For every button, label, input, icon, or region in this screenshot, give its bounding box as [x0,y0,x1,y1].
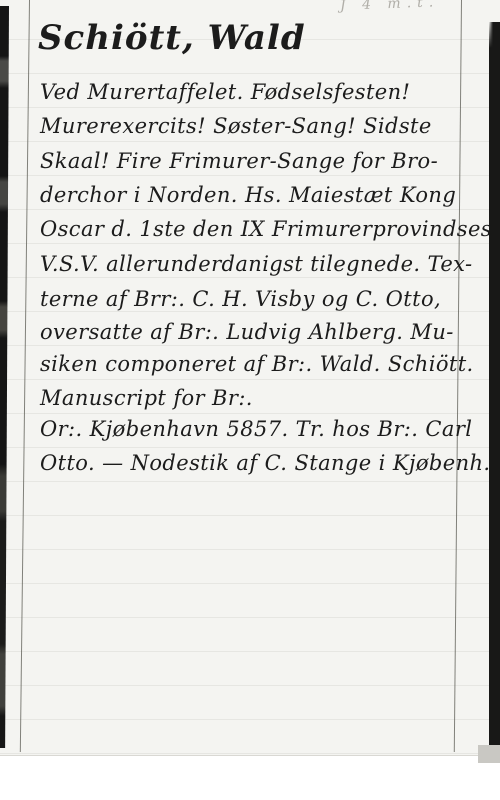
manuscript-line: Or:. Kjøbenhavn 5857. Tr. hos Br:. Carl [40,417,472,441]
manuscript-line: Ved Murertaffelet. Fødselsfesten! [40,80,410,104]
card-heading: Schiött, Wald [38,18,306,58]
scanned-card: J 4 m.t. Schiött, Wald Ved Murertaffelet… [0,0,500,800]
manuscript-line: Manuscript for Br:. [40,386,253,410]
manuscript-line: Oscar d. 1ste den IX Frimurerprovindses [40,217,492,241]
manuscript-line: Skaal! Fire Frimurer-Sange for Bro- [40,149,438,173]
manuscript-line: Otto. — Nodestik af C. Stange i Kjøbenh. [40,451,491,475]
manuscript-line: oversatte af Br:. Ludvig Ahlberg. Mu- [40,320,454,344]
manuscript-line: Murerexercits! Søster-Sang! Sidste [40,114,432,138]
right-scan-edge [489,22,500,755]
manuscript-line: V.S.V. allerunderdanigst tilegnede. Tex- [40,252,473,276]
card-paper: J 4 m.t. Schiött, Wald Ved Murertaffelet… [0,0,500,756]
left-margin-rule [20,0,30,752]
manuscript-line: derchor i Norden. Hs. Maiestæt Kong [40,183,456,207]
manuscript-line: terne af Brr:. C. H. Visby og C. Otto, [40,287,441,311]
bottom-right-scan-patch [478,745,500,763]
pencil-shelfmark: J 4 m.t. [340,0,440,14]
manuscript-line: siken componeret af Br:. Wald. Schiött. [40,352,474,376]
